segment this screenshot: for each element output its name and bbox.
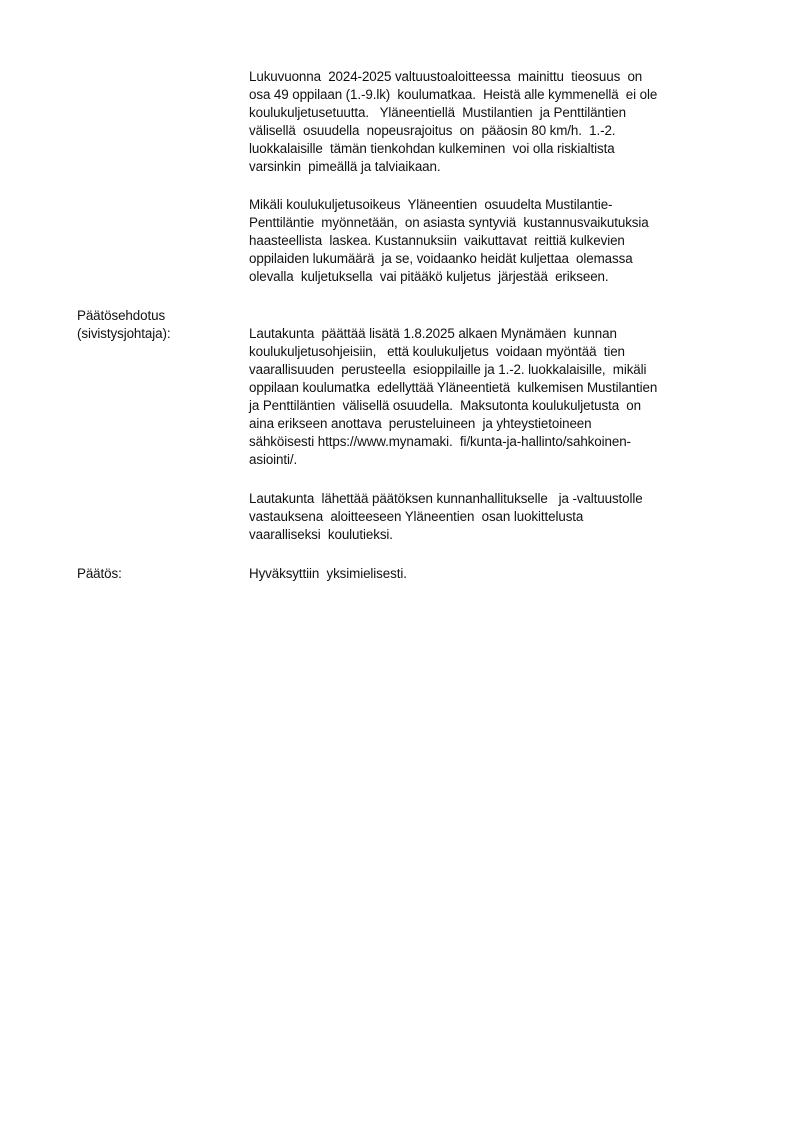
text-line: Mikäli koulukuljetusoikeus Yläneentien o… xyxy=(249,196,612,214)
text-line: Lautakunta lähettää päätöksen kunnanhall… xyxy=(249,490,643,508)
text-line: vaarallisuuden perusteella esioppilaille… xyxy=(249,361,646,379)
text-line: osa 49 oppilaan (1.-9.lk) koulumatkaa. H… xyxy=(249,86,657,104)
text-line: aina erikseen anottava perusteluineen ja… xyxy=(249,415,592,433)
text-line: vaaralliseksi koulutieksi. xyxy=(249,526,393,544)
text-line: olevalla kuljetuksella vai pitääkö kulje… xyxy=(249,268,609,286)
text-line: koulukuljetusetuutta. Yläneentiellä Must… xyxy=(249,104,626,122)
proposal-label-role: (sivistysjohtaja): xyxy=(77,325,170,343)
text-line: haasteellista laskea. Kustannuksiin vaik… xyxy=(249,232,625,250)
text-line: koulukuljetusohjeisiin, että koulukuljet… xyxy=(249,343,625,361)
proposal-label: Päätösehdotus xyxy=(77,307,165,325)
text-line: vastauksena aloitteeseen Yläneentien osa… xyxy=(249,508,583,526)
document-page: Lukuvuonna 2024-2025 valtuustoaloitteess… xyxy=(0,0,794,1122)
text-line: Lukuvuonna 2024-2025 valtuustoaloitteess… xyxy=(249,68,642,86)
decision-text: Hyväksyttiin yksimielisesti. xyxy=(249,565,407,583)
decision-label: Päätös: xyxy=(77,565,122,583)
text-line: oppilaan koulumatka edellyttää Yläneenti… xyxy=(249,379,657,397)
text-line: luokkalaisille tämän tienkohdan kulkemin… xyxy=(249,140,615,158)
text-line: oppilaiden lukumäärä ja se, voidaanko he… xyxy=(249,250,633,268)
url-text-line: sähköisesti https://www.mynamaki. fi/kun… xyxy=(249,433,631,451)
text-line: Penttiläntie myönnetään, on asiasta synt… xyxy=(249,214,649,232)
text-line: varsinkin pimeällä ja talviaikaan. xyxy=(249,158,441,176)
text-line: ja Penttiläntien välisellä osuudella. Ma… xyxy=(249,397,641,415)
url-text-line: asiointi/. xyxy=(249,451,297,469)
text-line: Lautakunta päättää lisätä 1.8.2025 alkae… xyxy=(249,325,617,343)
text-line: välisellä osuudella nopeusrajoitus on pä… xyxy=(249,122,615,140)
